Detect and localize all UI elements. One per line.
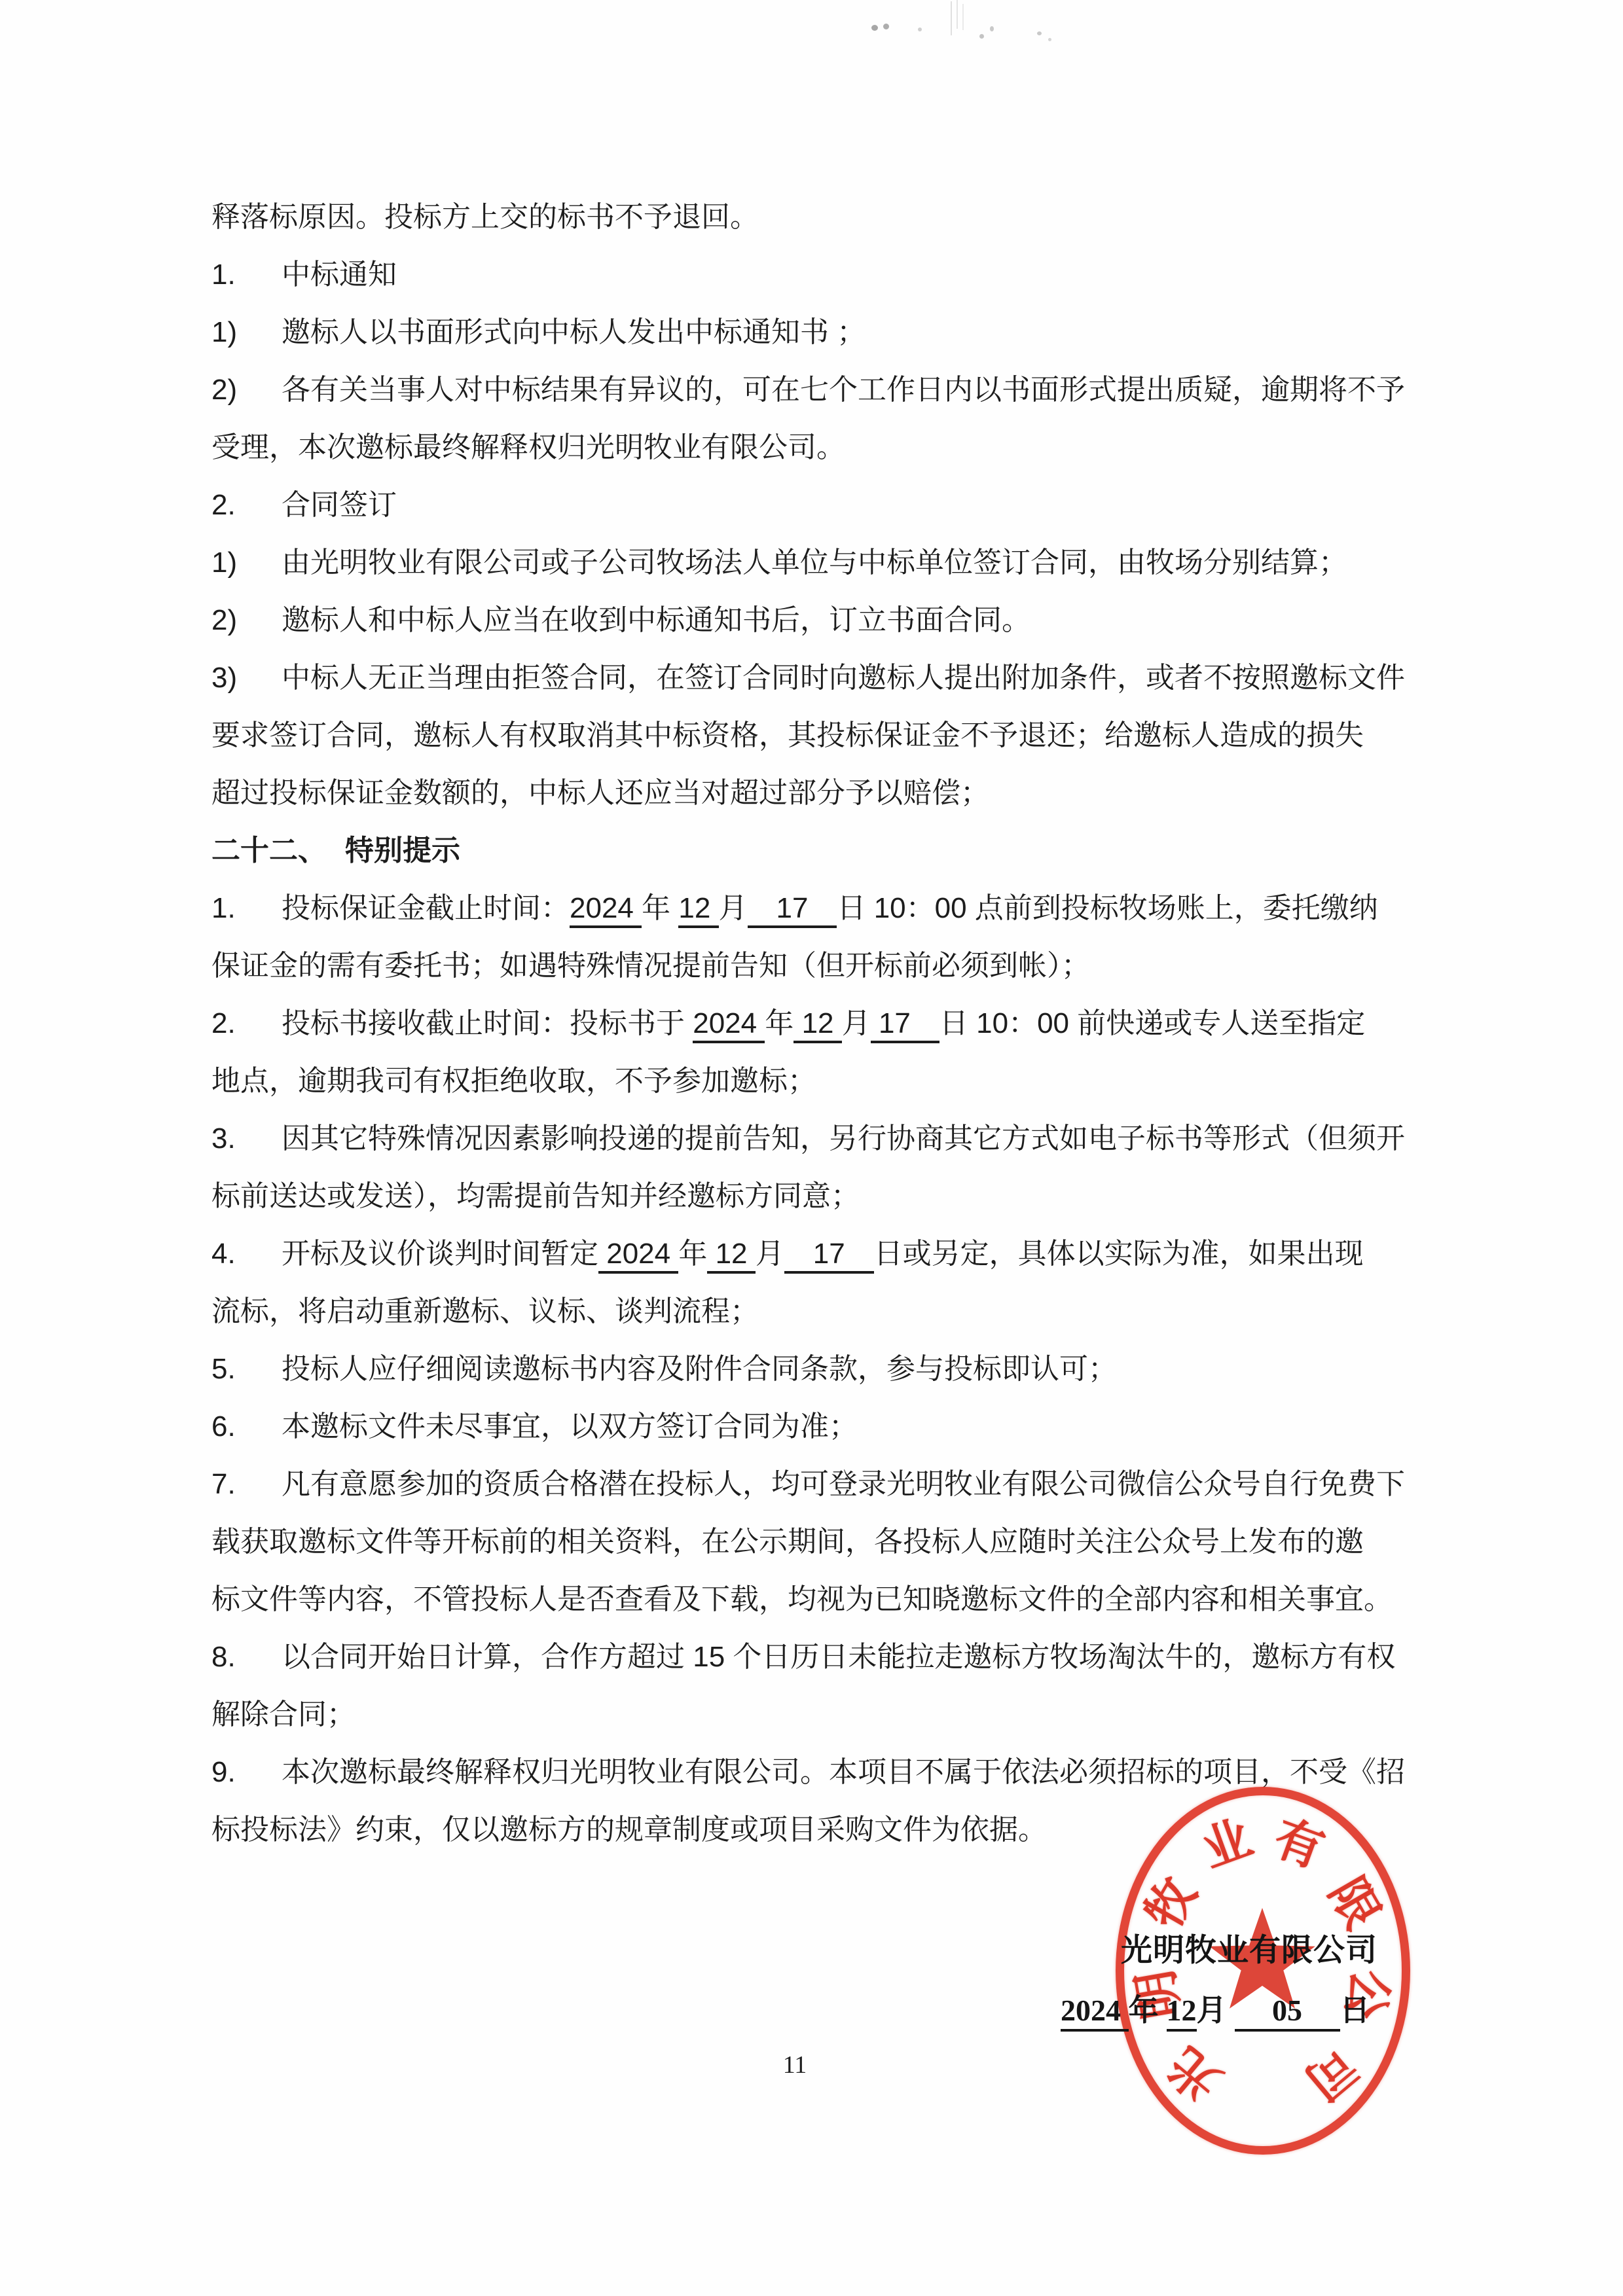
text-line: 流标，将启动重新邀标、议标、谈判流程；	[211, 1287, 759, 1329]
text-segment: 本邀标文件未尽事宜，以双方签订合同为准；	[282, 1410, 858, 1443]
list-marker: 5.	[211, 1353, 282, 1386]
page-number: 11	[783, 2051, 807, 2079]
text-line: 要求签订合同，邀标人有权取消其中标资格，其投标保证金不予退还；给邀标人造成的损失	[211, 711, 1364, 753]
text-segment: 开标及议价谈判时间暂定	[282, 1238, 598, 1270]
document-page: { "page": { "number": "11" }, "document"…	[0, 0, 1623, 2296]
text-line: 载获取邀标文件等开标前的相关资料，在公示期间，各投标人应随时关注公众号上发布的邀	[211, 1518, 1364, 1560]
text-line: 1)邀标人以书面形式向中标人发出中标通知书 ；	[211, 308, 866, 350]
signature-date-field: 2024	[1061, 1994, 1129, 2032]
text-line: 3)中标人无正当理由拒签合同，在签订合同时向邀标人提出附加条件，或者不按照邀标文…	[211, 654, 1405, 696]
text-segment: 释落标原因。投标方上交的标书不予退回。	[211, 201, 759, 233]
text-segment: 邀标人和中标人应当在收到中标通知书后，订立书面合同。	[282, 604, 1030, 636]
underlined-field: 12	[678, 892, 718, 928]
signature-date-text: 日	[1340, 1994, 1370, 2027]
text-segment: 超过投标保证金数额的，中标人还应当对超过部分予以赔偿；	[211, 777, 989, 809]
signature-company: 光明牧业有限公司	[1121, 1925, 1377, 1970]
text-line: 受理，本次邀标最终解释权归光明牧业有限公司。	[211, 423, 845, 465]
list-marker: 4.	[211, 1238, 282, 1270]
text-segment: 各有关当事人对中标结果有异议的，可在七个工作日内以书面形式提出质疑，逾期将不予	[282, 374, 1405, 406]
text-segment: 月	[842, 1007, 871, 1039]
text-line: 2)各有关当事人对中标结果有异议的，可在七个工作日内以书面形式提出质疑，逾期将不…	[211, 366, 1405, 408]
text-segment: 日 10：00 前快递或专人送至指定	[939, 1007, 1365, 1039]
text-segment: 由光明牧业有限公司或子公司牧场法人单位与中标单位签订合同，由牧场分别结算；	[282, 547, 1347, 579]
underlined-field: 2024	[693, 1007, 765, 1043]
text-segment: 日或另定，具体以实际为准，如果出现	[874, 1238, 1364, 1270]
text-segment: 特别提示	[345, 834, 460, 867]
list-marker: 6.	[211, 1410, 282, 1443]
list-marker: 2)	[211, 374, 282, 406]
text-line: 2.投标书接收截止时间：投标书于 2024 年 12 月 17 日 10：00 …	[211, 999, 1365, 1041]
underlined-field: 17	[748, 892, 837, 928]
text-line: 解除合同；	[211, 1691, 356, 1732]
text-line: 标文件等内容，不管投标人是否查看及下载，均视为已知晓邀标文件的全部内容和相关事宜…	[211, 1575, 1393, 1617]
text-segment: 月	[719, 892, 748, 924]
underlined-field: 2024	[570, 892, 642, 928]
text-segment: 因其它特殊情况因素影响投递的提前告知，另行协商其它方式如电子标书等形式（但须开	[282, 1122, 1405, 1155]
text-segment: 年	[642, 892, 678, 924]
text-line: 标投标法》约束，仅以邀标方的规章制度或项目采购文件为依据。	[211, 1806, 1047, 1848]
text-segment: 地点，逾期我司有权拒绝收取，不予参加邀标；	[211, 1065, 816, 1097]
text-segment: 月	[756, 1238, 784, 1270]
text-line: 9.本次邀标最终解释权归光明牧业有限公司。本项目不属于依法必须招标的项目，不受《…	[211, 1748, 1405, 1790]
list-marker: 7.	[211, 1468, 282, 1501]
text-segment: 标投标法》约束，仅以邀标方的规章制度或项目采购文件为依据。	[211, 1814, 1047, 1846]
underlined-field: 12	[707, 1238, 755, 1274]
underlined-field: 12	[793, 1007, 841, 1043]
text-segment: 邀标人以书面形式向中标人发出中标通知书 ；	[282, 316, 866, 348]
text-segment: 二十二、	[211, 834, 327, 867]
signature-date-field: 05	[1235, 1994, 1340, 2032]
list-marker: 2.	[211, 489, 282, 522]
list-marker: 3)	[211, 662, 282, 694]
text-segment: 年	[678, 1238, 707, 1270]
underlined-field: 17	[784, 1238, 874, 1274]
list-marker: 9.	[211, 1756, 282, 1789]
text-segment: 流标，将启动重新邀标、议标、谈判流程；	[211, 1295, 759, 1327]
text-line: 2)邀标人和中标人应当在收到中标通知书后，订立书面合同。	[211, 596, 1030, 638]
text-line: 6.本邀标文件未尽事宜，以双方签订合同为准；	[211, 1403, 858, 1444]
text-line: 地点，逾期我司有权拒绝收取，不予参加邀标；	[211, 1057, 816, 1099]
text-segment: 标文件等内容，不管投标人是否查看及下载，均视为已知晓邀标文件的全部内容和相关事宜…	[211, 1583, 1393, 1615]
list-marker: 1.	[211, 892, 282, 925]
underlined-field: 2024	[598, 1238, 678, 1274]
text-segment: 投标人应仔细阅读邀标书内容及附件合同条款，参与投标即认可；	[282, 1353, 1117, 1385]
text-segment: 受理，本次邀标最终解释权归光明牧业有限公司。	[211, 431, 845, 463]
text-line: 3.因其它特殊情况因素影响投递的提前告知，另行协商其它方式如电子标书等形式（但须…	[211, 1115, 1405, 1157]
signature-date: 2024 年12月 05 日	[1061, 1986, 1370, 2030]
text-line: 4.开标及议价谈判时间暂定 2024 年 12 月 17 日或另定，具体以实际为…	[211, 1230, 1364, 1272]
list-marker: 1)	[211, 316, 282, 349]
list-marker: 2)	[211, 604, 282, 637]
text-segment: 本次邀标最终解释权归光明牧业有限公司。本项目不属于依法必须招标的项目，不受《招	[282, 1756, 1405, 1788]
signature-date-field: 12	[1167, 1994, 1197, 2032]
text-line: 释落标原因。投标方上交的标书不予退回。	[211, 193, 759, 235]
text-segment: 中标通知	[282, 259, 397, 291]
text-line: 保证金的需有委托书；如遇特殊情况提前告知（但开标前必须到帐）；	[211, 942, 1090, 984]
text-line: 标前送达或发送），均需提前告知并经邀标方同意；	[211, 1172, 860, 1214]
text-segment: 日 10：00 点前到投标牧场账上，委托缴纳	[837, 892, 1377, 924]
text-line: 2.合同签订	[211, 481, 397, 523]
text-line: 二十二、特别提示	[211, 827, 460, 869]
text-segment: 解除合同；	[211, 1698, 356, 1731]
text-segment: 年	[765, 1007, 793, 1039]
text-segment: 载获取邀标文件等开标前的相关资料，在公示期间，各投标人应随时关注公众号上发布的邀	[211, 1526, 1364, 1558]
text-segment: 凡有意愿参加的资质合格潜在投标人，均可登录光明牧业有限公司微信公众号自行免费下	[282, 1468, 1405, 1500]
text-segment: 要求签订合同，邀标人有权取消其中标资格，其投标保证金不予退还；给邀标人造成的损失	[211, 719, 1364, 751]
signature-date-text: 月	[1197, 1994, 1227, 2027]
text-line: 7.凡有意愿参加的资质合格潜在投标人，均可登录光明牧业有限公司微信公众号自行免费…	[211, 1460, 1405, 1502]
list-marker: 1.	[211, 259, 282, 291]
text-segment: 标前送达或发送），均需提前告知并经邀标方同意；	[211, 1180, 860, 1212]
text-line: 1.投标保证金截止时间：2024 年 12 月 17 日 10：00 点前到投标…	[211, 884, 1378, 926]
list-marker: 3.	[211, 1122, 282, 1155]
text-line: 超过投标保证金数额的，中标人还应当对超过部分予以赔偿；	[211, 769, 989, 811]
text-segment: 保证金的需有委托书；如遇特殊情况提前告知（但开标前必须到帐）；	[211, 950, 1090, 982]
underlined-field: 17	[871, 1007, 939, 1043]
list-marker: 2.	[211, 1007, 282, 1040]
text-segment: 投标保证金截止时间：	[282, 892, 570, 924]
text-line: 8.以合同开始日计算，合作方超过 15 个日历日未能拉走邀标方牧场淘汰牛的，邀标…	[211, 1633, 1395, 1675]
list-marker: 8.	[211, 1641, 282, 1674]
text-segment: 合同签订	[282, 489, 397, 521]
text-segment: 投标书接收截止时间：投标书于	[282, 1007, 693, 1039]
signature-date-text: 年	[1129, 1994, 1159, 2027]
text-segment: 中标人无正当理由拒签合同，在签订合同时向邀标人提出附加条件，或者不按照邀标文件	[282, 662, 1405, 694]
list-marker: 1)	[211, 547, 282, 579]
text-line: 1)由光明牧业有限公司或子公司牧场法人单位与中标单位签订合同，由牧场分别结算；	[211, 539, 1347, 581]
text-segment: 以合同开始日计算，合作方超过 15 个日历日未能拉走邀标方牧场淘汰牛的，邀标方有…	[282, 1641, 1395, 1673]
scanned-page-background: 释落标原因。投标方上交的标书不予退回。1.中标通知1)邀标人以书面形式向中标人发…	[0, 0, 1623, 2296]
text-line: 1.中标通知	[211, 251, 397, 293]
text-line: 5.投标人应仔细阅读邀标书内容及附件合同条款，参与投标即认可；	[211, 1345, 1117, 1387]
